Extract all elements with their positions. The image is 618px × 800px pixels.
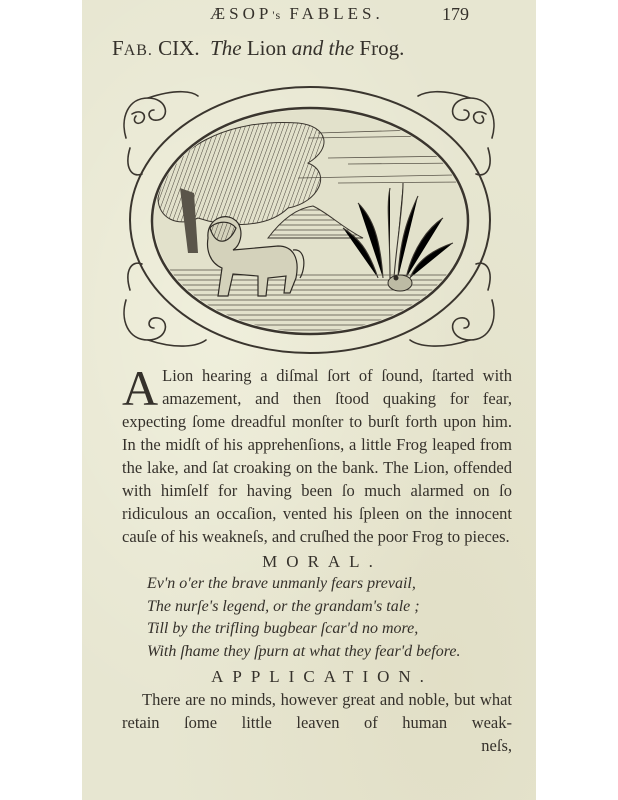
moral-verse: Ev'n o'er the brave unmanly fears prevai… — [147, 573, 512, 663]
fable-paragraph: A Lion hearing a diſmal ſort of ſound, ſ… — [122, 364, 512, 548]
fable-title-frog: Frog. — [359, 36, 404, 60]
verse-line: With ſhame they ſpurn at what they fear'… — [147, 641, 512, 664]
woodcut-illustration — [118, 78, 500, 360]
verse-line: Till by the trifling bugbear ſcar'd no m… — [147, 618, 512, 641]
running-title: ÆSOP's FABLES. — [210, 4, 384, 24]
catchword: neſs, — [122, 734, 512, 757]
fable-label-initial: F — [112, 36, 124, 60]
fable-line: Lion hearing a diſmal ſort of ſound, ſta… — [162, 366, 512, 385]
fable-label: FAB. — [112, 36, 153, 60]
verse-line: Ev'n o'er the brave unmanly fears prevai… — [147, 573, 512, 596]
verse-line: The nurſe's legend, or the grandam's tal… — [147, 596, 512, 619]
application-line: There are no minds, however great and no… — [142, 690, 449, 709]
frog-figure — [388, 275, 412, 291]
fable-line: amazement, and then ſtood quaking for fe… — [162, 389, 512, 408]
application-heading: APPLICATION. — [122, 665, 512, 688]
fable-title-lion: Lion — [247, 36, 287, 60]
ground — [148, 267, 478, 338]
fable-line: cruſhed the poor Frog to pieces. — [300, 527, 510, 546]
moral-heading: MORAL. — [122, 550, 512, 573]
application-paragraph: There are no minds, however great and no… — [122, 688, 512, 734]
drop-cap: A — [122, 368, 158, 408]
fable-title-the: The — [210, 36, 242, 60]
fable-number: CIX. — [158, 36, 199, 60]
running-head: ÆSOP's FABLES. 179 — [82, 2, 536, 28]
running-title-main: ÆSOP — [210, 4, 272, 23]
book-page: ÆSOP's FABLES. 179 FAB. CIX. The Lion an… — [82, 0, 536, 800]
running-title-possessive: 's — [272, 8, 281, 22]
fable-line: expecting ſome dreadful monſter to burſt… — [122, 412, 476, 431]
page-number: 179 — [442, 4, 469, 25]
fable-heading: FAB. CIX. The Lion and the Frog. — [112, 36, 404, 61]
fable-body: A Lion hearing a diſmal ſort of ſound, ſ… — [122, 364, 512, 757]
fable-label-rest: AB. — [124, 42, 153, 59]
running-title-fables: FABLES. — [281, 4, 384, 23]
fable-title-and-the: and the — [292, 36, 354, 60]
